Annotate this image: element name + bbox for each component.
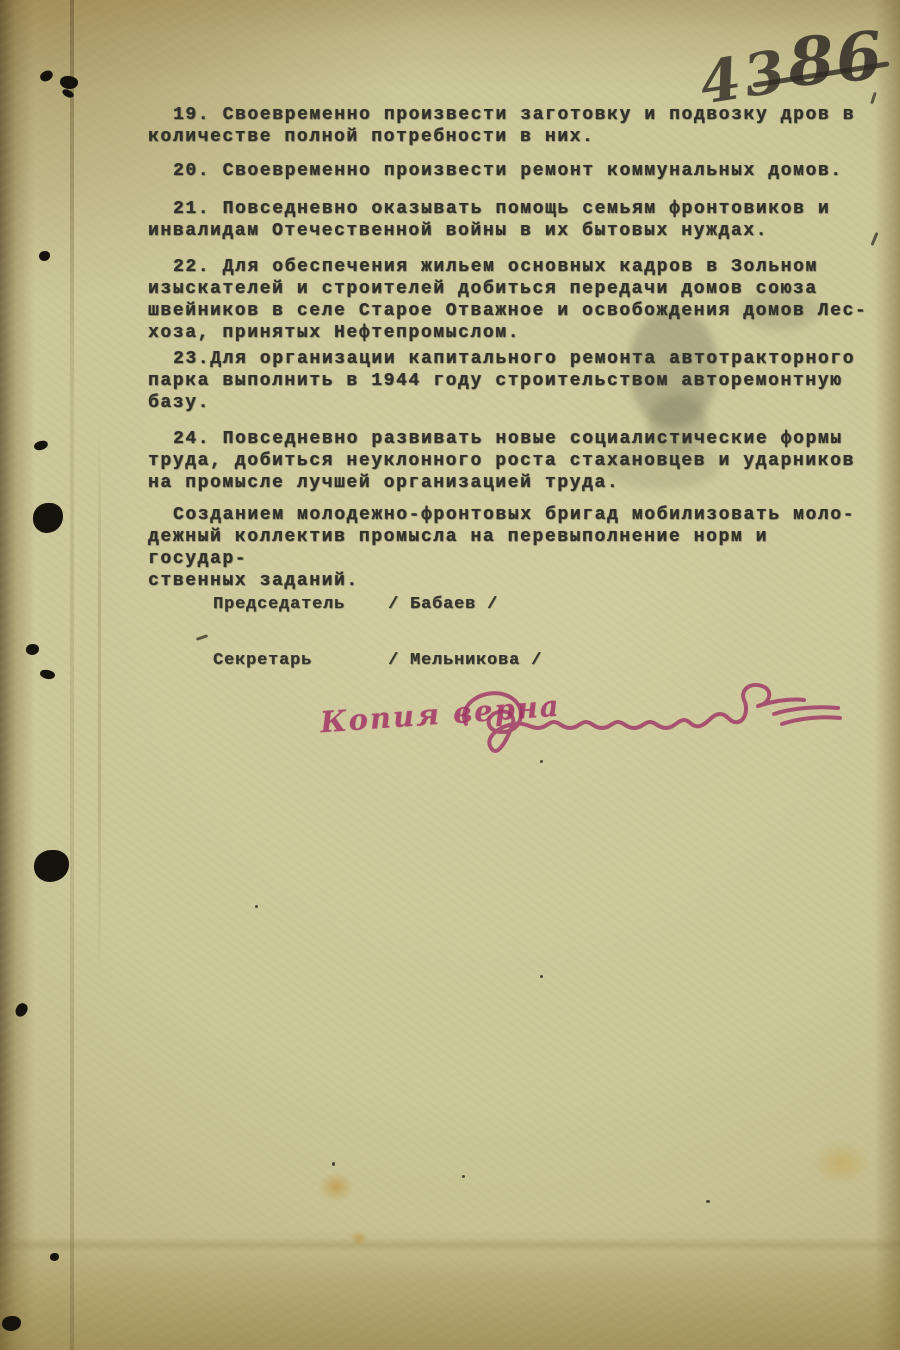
vertical-fold-crease bbox=[98, 420, 101, 980]
ink-blot bbox=[26, 644, 39, 655]
ink-blot bbox=[33, 440, 49, 452]
ink-blot bbox=[39, 668, 56, 681]
paper-speck bbox=[255, 905, 258, 908]
horizontal-fold-crease bbox=[0, 1238, 900, 1252]
binding-hole bbox=[34, 850, 69, 882]
ink-blot bbox=[50, 1253, 59, 1261]
handwritten-page-number-crossed-out: 86 bbox=[785, 22, 886, 96]
certification-signature-flourish bbox=[452, 676, 852, 768]
paper-speck bbox=[706, 1200, 710, 1203]
paper-speck bbox=[332, 1162, 335, 1166]
ink-blot bbox=[14, 1001, 30, 1018]
typewritten-body: 19. Своевременно произвести заготовку и … bbox=[148, 104, 878, 592]
paragraph-19: 19. Своевременно произвести заготовку и … bbox=[148, 104, 878, 148]
vertical-fold-crease bbox=[70, 0, 74, 1350]
rust-stain bbox=[350, 1230, 368, 1246]
paragraph-closing: Созданием молодежно-фронтовых бригад моб… bbox=[148, 504, 878, 592]
signature-role: Председатель bbox=[213, 595, 345, 614]
paper-speck bbox=[540, 975, 543, 978]
binding-hole bbox=[33, 503, 63, 533]
paper-speck bbox=[462, 1175, 465, 1178]
ink-blot bbox=[39, 251, 50, 261]
scanned-document-page: 43 86 19. Своевременно произвести загото… bbox=[0, 0, 900, 1350]
ink-blot bbox=[59, 74, 79, 90]
stray-pencil-mark bbox=[196, 634, 208, 641]
signature-role: Секретарь bbox=[213, 651, 312, 670]
paragraph-21: 21. Повседневно оказывать помощь семьям … bbox=[148, 198, 878, 242]
paragraph-24: 24. Повседневно развивать новые социалис… bbox=[148, 428, 878, 494]
signature-name: / Бабаев / bbox=[388, 594, 498, 616]
signature-name: / Мельникова / bbox=[388, 650, 542, 672]
signature-row-secretary: Секретарь / Мельникова / bbox=[213, 650, 773, 674]
paper-shading-bottom bbox=[0, 1230, 900, 1350]
ink-blot bbox=[2, 1316, 21, 1331]
paper-shading-left bbox=[0, 0, 34, 1350]
ink-blot bbox=[61, 87, 75, 99]
handwritten-page-number: 43 bbox=[696, 41, 793, 112]
rust-stain bbox=[318, 1172, 354, 1202]
paper-speck bbox=[540, 760, 543, 763]
paragraph-20: 20. Своевременно произвести ремонт комму… bbox=[148, 160, 878, 182]
signature-row-chairman: Председатель / Бабаев / bbox=[213, 594, 773, 618]
age-stain bbox=[812, 1140, 872, 1186]
ink-blot bbox=[39, 69, 55, 83]
paragraph-23: 23.Для организации капитального ремонта … bbox=[148, 348, 878, 414]
paragraph-22: 22. Для обеспечения жильем основных кадр… bbox=[148, 256, 878, 344]
